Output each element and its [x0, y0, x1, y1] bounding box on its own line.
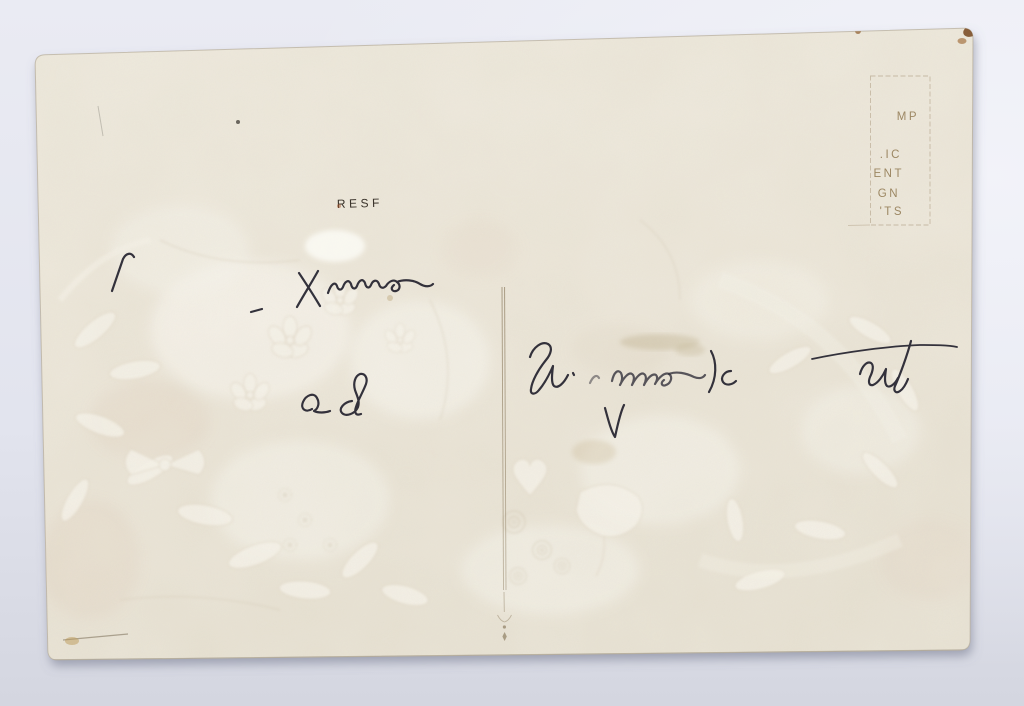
printed-correspondence-fragment: RESF — [337, 196, 383, 211]
postcard: MP .IC ENT GN 'TS RESF — [30, 20, 980, 670]
postcard-photo: MP .IC ENT GN 'TS RESF — [0, 0, 1024, 706]
stamp-box-line-2: .IC — [880, 149, 902, 161]
stamp-box-line-3: ENT — [874, 168, 905, 180]
stamp-box-line-4: GN — [878, 188, 900, 200]
stamp-box-line-1: MP — [897, 111, 919, 123]
postcard-scene: MP .IC ENT GN 'TS RESF — [0, 0, 1024, 706]
stamp-box-line-5: 'TS — [880, 206, 904, 218]
